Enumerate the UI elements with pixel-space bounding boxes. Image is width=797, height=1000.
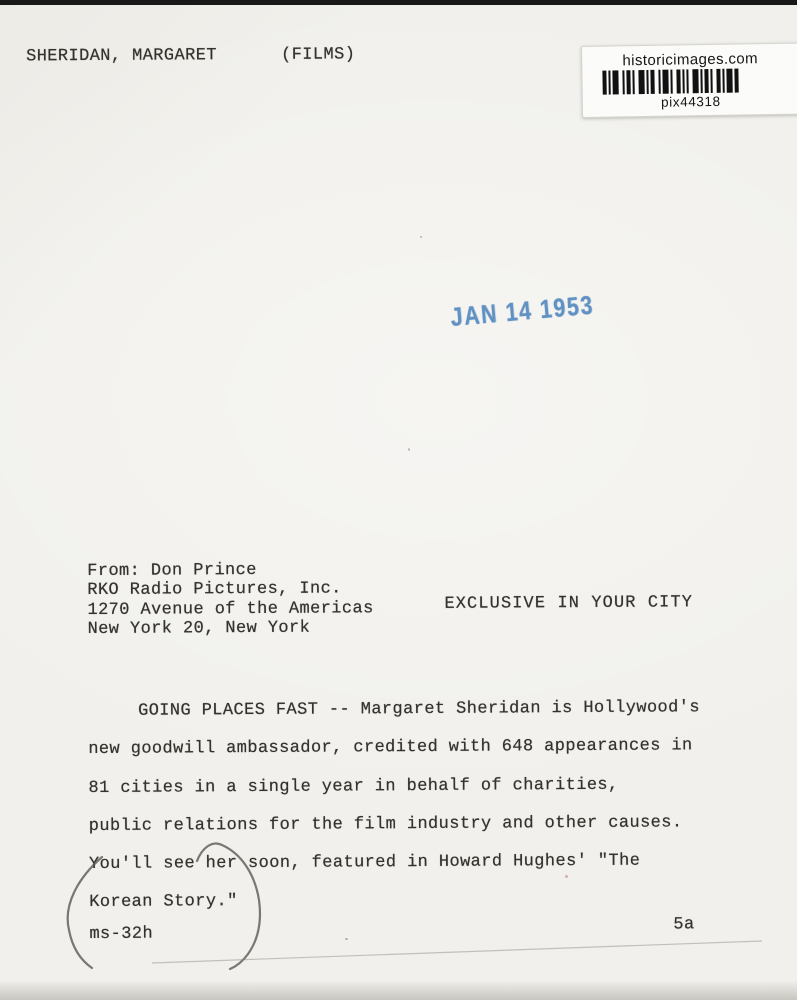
archive-barcode-sticker: historicimages.com pix44318 [581,43,797,118]
caption-line: new goodwill ambassador, credited with 6… [88,736,738,778]
subject-name: SHERIDAN, MARGARET [26,46,217,66]
sender-line: RKO Radio Pictures, Inc. [87,580,373,601]
sender-line: 1270 Avenue of the Americas [87,599,373,620]
exclusive-notice: EXCLUSIVE IN YOUR CITY [444,593,693,614]
photo-code: ms-32h [89,925,153,944]
sender-line: New York 20, New York [88,618,374,639]
barcode-icon [602,67,778,94]
caption-paragraph: GOING PLACES FAST -- Margaret Sheridan i… [88,698,739,932]
caption-line: GOING PLACES FAST -- Margaret Sheridan i… [88,698,738,740]
caption-line: You'll see her soon, featured in Howard … [89,851,739,893]
sticker-site-label: historicimages.com [622,51,758,69]
sender-address-block: From: Don Prince RKO Radio Pictures, Inc… [87,560,374,639]
sender-line: From: Don Prince [87,560,373,581]
page-code: 5a [673,915,694,934]
caption-line: public relations for the film industry a… [89,813,739,855]
sticker-id-label: pix44318 [661,93,721,109]
caption-line: 81 cities in a single year in behalf of … [88,775,738,817]
typed-content: SHERIDAN, MARGARET (FILMS) From: Don Pri… [0,0,797,1000]
caption-line: Korean Story." [89,890,739,932]
subject-category: (FILMS) [281,45,355,64]
scanned-photo-verso: SHERIDAN, MARGARET (FILMS) From: Don Pri… [0,0,797,1000]
